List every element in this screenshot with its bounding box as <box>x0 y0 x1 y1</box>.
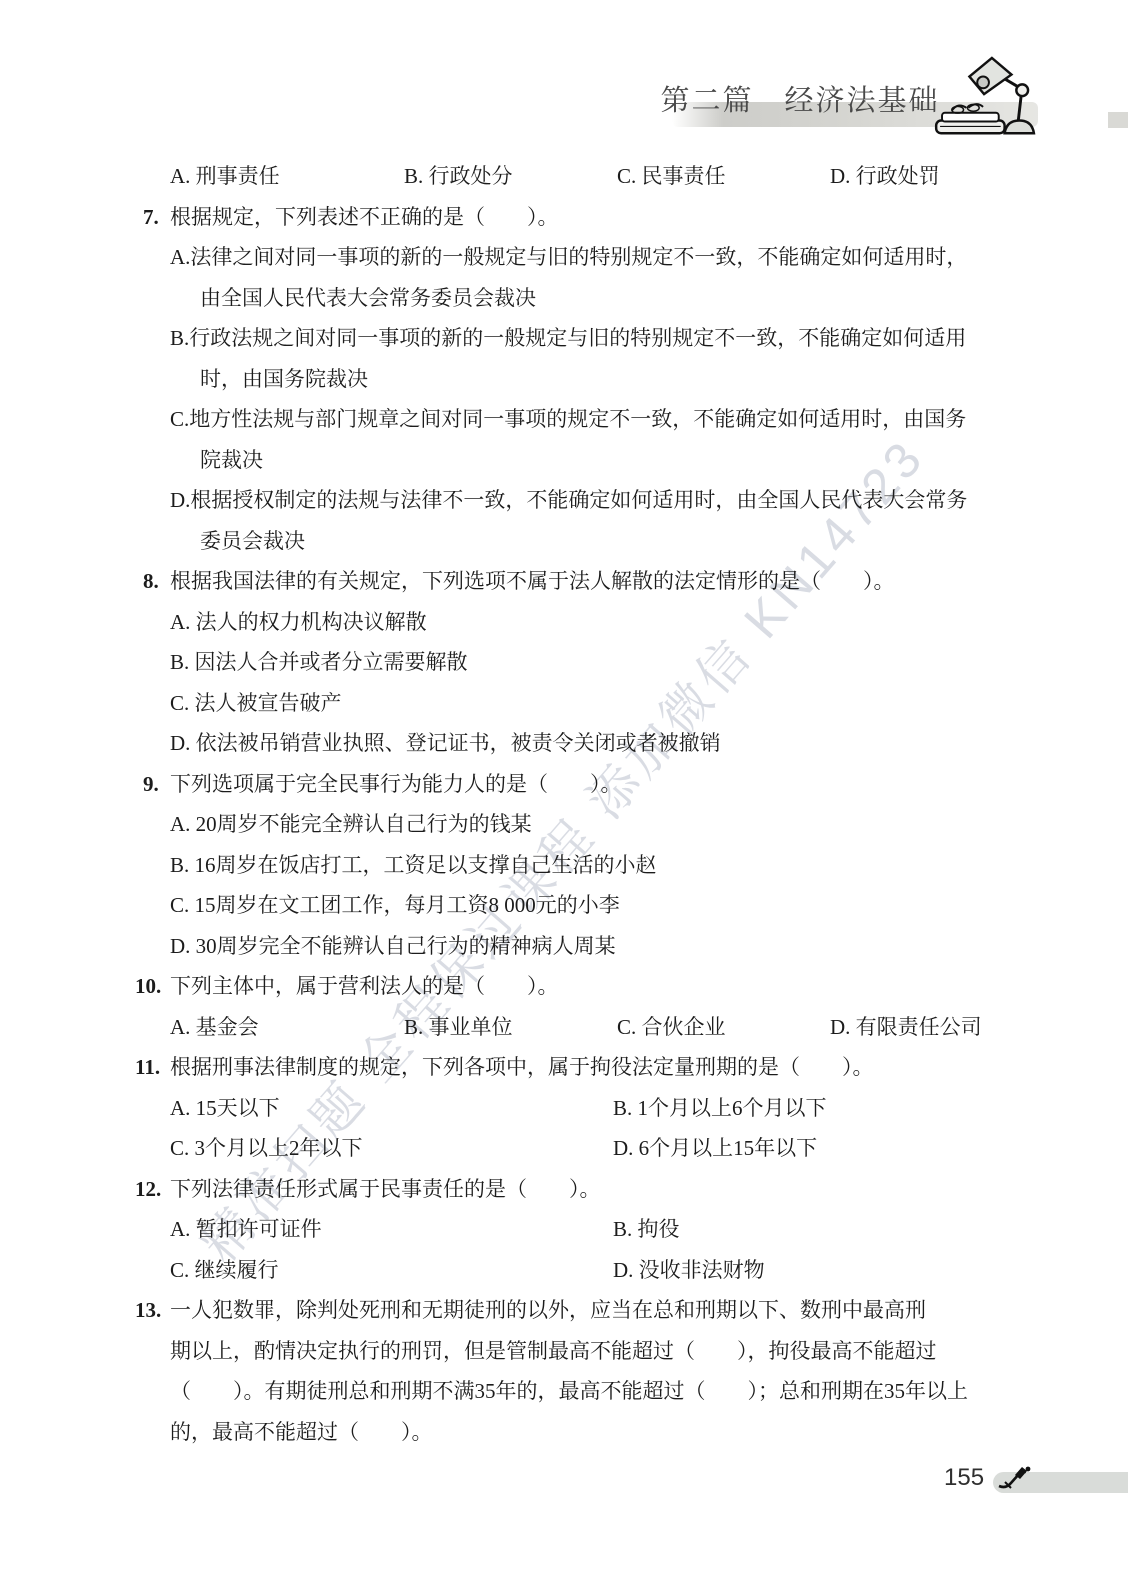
q7-option-a-line2: 由全国人民代表大会常务委员会裁决 <box>135 278 1015 319</box>
q12-number: 12. <box>135 1169 161 1210</box>
q12-option-a: A. 暂扣许可证件 <box>170 1209 322 1250</box>
q13-line3: （ ）。有期徒刑总和刑期不满35年的，最高不能超过（ ）；总和刑期在35年以上 <box>135 1371 1015 1412</box>
q12-option-c: C. 继续履行 <box>170 1250 279 1291</box>
q10-number: 10. <box>135 966 161 1007</box>
q8-option-c: C. 法人被宣告破产 <box>135 683 1015 724</box>
desk-lamp-books-icon <box>928 56 1046 144</box>
q8-number: 8. <box>143 561 159 602</box>
q11-option-a: A. 15天以下 <box>170 1088 280 1129</box>
q11-number: 11. <box>135 1047 160 1088</box>
q13-line4: 的，最高不能超过（ ）。 <box>135 1412 1015 1453</box>
q7-option-b-line1: B.行政法规之间对同一事项的新的一般规定与旧的特别规定不一致，不能确定如何适用 <box>135 318 1015 359</box>
q7-option-d-line2: 委员会裁决 <box>135 521 1015 562</box>
prev-option-a: A. 刑事责任 <box>170 156 280 197</box>
quill-flourish-icon <box>995 1462 1033 1494</box>
q12-option-row-2: C. 继续履行 D. 没收非法财物 <box>135 1250 1015 1291</box>
q11-option-row-2: C. 3个月以上2年以下 D. 6个月以上15年以下 <box>135 1128 1015 1169</box>
q9-stem: 9. 下列选项属于完全民事行为能力人的是（ ）。 <box>135 764 1015 805</box>
q10-option-row: A. 基金会 B. 事业单位 C. 合伙企业 D. 有限责任公司 <box>135 1007 1015 1048</box>
q11-option-b: B. 1个月以上6个月以下 <box>613 1088 827 1129</box>
q10-option-a: A. 基金会 <box>170 1007 259 1048</box>
q13-number: 13. <box>135 1290 161 1331</box>
q11-option-c: C. 3个月以上2年以下 <box>170 1128 363 1169</box>
q7-stem-text: 根据规定，下列表述不正确的是（ ）。 <box>170 205 559 229</box>
q9-stem-text: 下列选项属于完全民事行为能力人的是（ ）。 <box>170 772 622 796</box>
q7-option-c-line1: C.地方性法规与部门规章之间对同一事项的规定不一致，不能确定如何适用时，由国务 <box>135 399 1015 440</box>
q8-option-d: D. 依法被吊销营业执照、登记证书，被责令关闭或者被撤销 <box>135 723 1015 764</box>
q8-option-a: A. 法人的权力机构决议解散 <box>135 602 1015 643</box>
q9-option-c: C. 15周岁在文工团工作，每月工资8 000元的小李 <box>135 885 1015 926</box>
q10-stem-text: 下列主体中，属于营利法人的是（ ）。 <box>170 974 559 998</box>
q10-option-d: D. 有限责任公司 <box>830 1007 982 1048</box>
prev-question-option-row: A. 刑事责任 B. 行政处分 C. 民事责任 D. 行政处罚 <box>135 156 1015 197</box>
q13-line1-text: 一人犯数罪，除判处死刑和无期徒刑的以外，应当在总和刑期以下、数刑中最高刑 <box>170 1298 926 1322</box>
q12-stem-text: 下列法律责任形式属于民事责任的是（ ）。 <box>170 1177 601 1201</box>
q7-number: 7. <box>143 197 159 238</box>
q7-option-d-line1: D.根据授权制定的法规与法律不一致，不能确定如何适用时，由全国人民代表大会常务 <box>135 480 1015 521</box>
prev-option-b: B. 行政处分 <box>404 156 513 197</box>
q8-stem-text: 根据我国法律的有关规定，下列选项不属于法人解散的法定情形的是（ ）。 <box>170 569 895 593</box>
q7-option-c-line2: 院裁决 <box>135 440 1015 481</box>
prev-option-c: C. 民事责任 <box>617 156 726 197</box>
page-number: 155 <box>944 1464 984 1492</box>
q9-option-b: B. 16周岁在饭店打工，工资足以支撑自己生活的小赵 <box>135 845 1015 886</box>
q8-stem: 8. 根据我国法律的有关规定，下列选项不属于法人解散的法定情形的是（ ）。 <box>135 561 1015 602</box>
q11-stem-text: 根据刑事法律制度的规定，下列各项中，属于拘役法定量刑期的是（ ）。 <box>170 1055 874 1079</box>
q9-option-d: D. 30周岁完全不能辨认自己行为的精神病人周某 <box>135 926 1015 967</box>
q12-option-row-1: A. 暂扣许可证件 B. 拘役 <box>135 1209 1015 1250</box>
header-band-edge <box>1108 112 1128 128</box>
q11-option-row-1: A. 15天以下 B. 1个月以上6个月以下 <box>135 1088 1015 1129</box>
q8-option-b: B. 因法人合并或者分立需要解散 <box>135 642 1015 683</box>
q10-option-c: C. 合伙企业 <box>617 1007 726 1048</box>
q11-stem: 11. 根据刑事法律制度的规定，下列各项中，属于拘役法定量刑期的是（ ）。 <box>135 1047 1015 1088</box>
q7-option-b-line2: 时，由国务院裁决 <box>135 359 1015 400</box>
q7-option-a-line1: A.法律之间对同一事项的新的一般规定与旧的特别规定不一致，不能确定如何适用时， <box>135 237 1015 278</box>
q11-option-d: D. 6个月以上15年以下 <box>613 1128 817 1169</box>
textbook-page: 第二篇 经济法基础 精准扫题 全程保过课程 添加微信 KN14723 A. 刑事… <box>0 0 1128 1571</box>
prev-option-d: D. 行政处罚 <box>830 156 940 197</box>
q12-option-d: D. 没收非法财物 <box>613 1250 765 1291</box>
q9-option-a: A. 20周岁不能完全辨认自己行为的钱某 <box>135 804 1015 845</box>
question-list: A. 刑事责任 B. 行政处分 C. 民事责任 D. 行政处罚 7. 根据规定，… <box>135 156 1015 1452</box>
q9-number: 9. <box>143 764 159 805</box>
q13-stem-line1: 13. 一人犯数罪，除判处死刑和无期徒刑的以外，应当在总和刑期以下、数刑中最高刑 <box>135 1290 1015 1331</box>
q10-stem: 10. 下列主体中，属于营利法人的是（ ）。 <box>135 966 1015 1007</box>
q12-option-b: B. 拘役 <box>613 1209 680 1250</box>
q13-line2: 期以上，酌情决定执行的刑罚，但是管制最高不能超过（ ），拘役最高不能超过 <box>135 1331 1015 1372</box>
section-title: 第二篇 经济法基础 <box>640 78 960 119</box>
q7-stem: 7. 根据规定，下列表述不正确的是（ ）。 <box>135 197 1015 238</box>
q12-stem: 12. 下列法律责任形式属于民事责任的是（ ）。 <box>135 1169 1015 1210</box>
q10-option-b: B. 事业单位 <box>404 1007 513 1048</box>
